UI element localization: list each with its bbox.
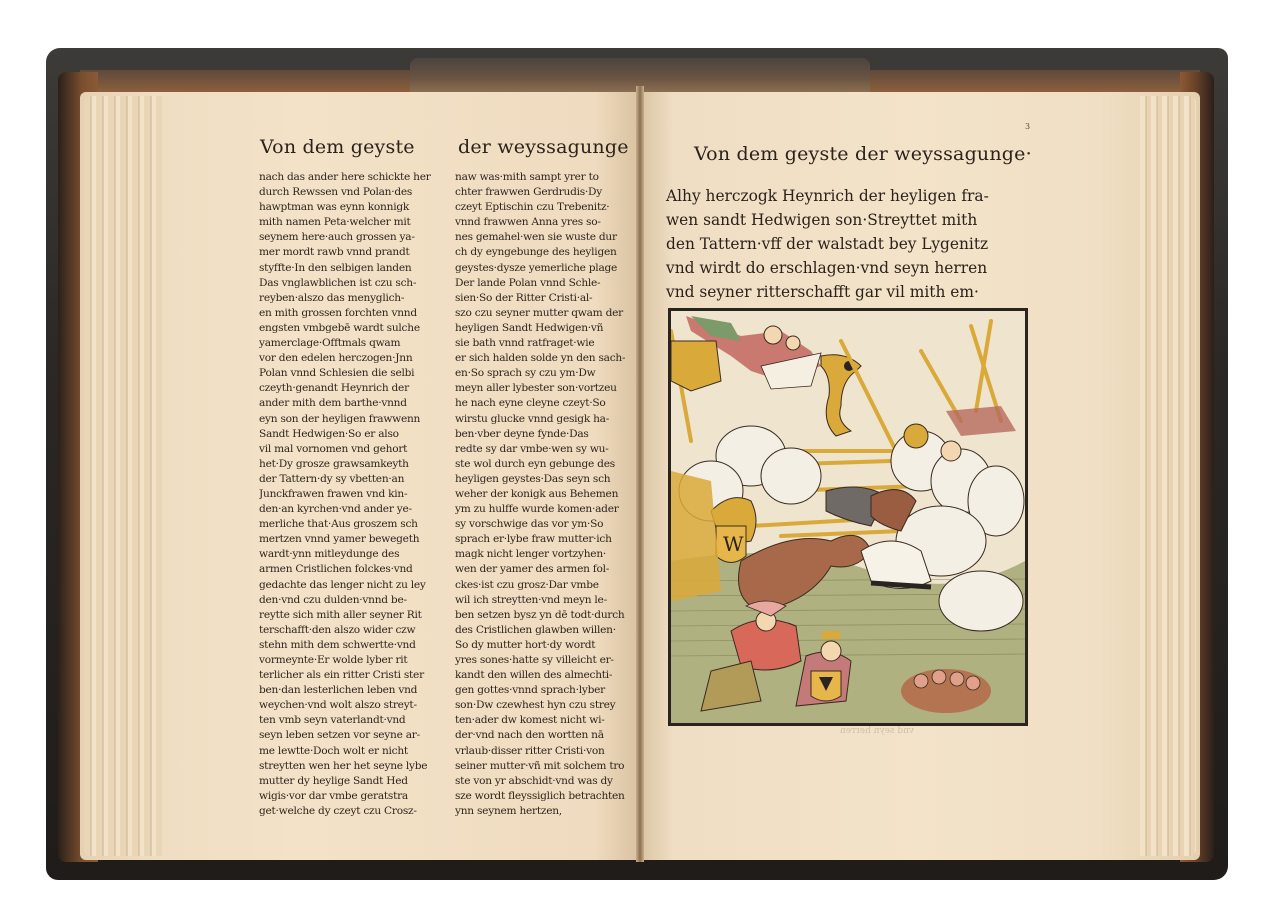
text-line: den·an kyrchen·vnd ander ye- [259, 502, 431, 517]
text-line: armen Cristlichen folckes·vnd [259, 562, 431, 577]
text-line: stehn mith dem schwertte·vnd [259, 638, 431, 653]
text-line: weher der konigk aus Behemen [455, 487, 625, 502]
text-line: Sandt Hedwigen·So er also [259, 427, 431, 442]
right-page-edges [1140, 96, 1196, 856]
text-line: vnnd frawwen Anna yres so- [455, 215, 625, 230]
text-line: ckes·ist czu grosz·Dar vmbe [455, 578, 625, 593]
text-line: het·Dy grosze grawsamkeyth [259, 457, 431, 472]
text-line: czeyt Eptischin czu Trebenitz· [455, 200, 625, 215]
text-line: get·welche dy czeyt czu Crosz- [259, 804, 431, 819]
text-line: ben·dan lesterlichen leben vnd [259, 683, 431, 698]
text-column-2: naw was·mith sampt yrer to chter frawwen… [455, 170, 625, 819]
text-line: vrlaub·disser ritter Cristi·von [455, 744, 625, 759]
text-line: der Tattern·dy sy vbetten·an [259, 472, 431, 487]
text-line: gedachte das lenger nicht zu ley [259, 578, 431, 593]
running-head-left-cont: der weyssagunge [458, 136, 629, 158]
text-line: weychen·vnd wolt alszo streyt- [259, 698, 431, 713]
text-line: nach das ander here schickte her [259, 170, 431, 185]
text-line: reytte sich mith aller seyner Rit [259, 608, 431, 623]
caption-line: vnd seyner ritterschafft gar vil mith em… [666, 280, 1046, 304]
text-line: wigis·vor dar vmbe geratstra [259, 789, 431, 804]
text-line: sien·So der Ritter Cristi·al- [455, 291, 625, 306]
text-line: seiner mutter·vñ mit solchem tro [455, 759, 625, 774]
text-line: wirstu glucke vnnd gesigk ha- [455, 412, 625, 427]
folio-mark: 3 [1025, 122, 1030, 131]
text-line: czeyth·genandt Heynrich der [259, 381, 431, 396]
text-line: der·vnd nach den wortten nā [455, 728, 625, 743]
text-line: styffte·In den selbigen landen [259, 261, 431, 276]
text-line: magk nicht lenger vortzyhen· [455, 547, 625, 562]
text-line: mer mordt rawb vnnd prandt [259, 245, 431, 260]
text-line: sprach er·lybe fraw mutter·ich [455, 532, 625, 547]
text-line: ynn seynem hertzen, [455, 804, 625, 819]
text-line: szo czu seyner mutter qwam der [455, 306, 625, 321]
text-line: reyben·alszo das menyglich- [259, 291, 431, 306]
caption-line: den Tattern·vff der walstadt bey Lygenit… [666, 232, 1046, 256]
text-line: en mith grossen forchten vnnd [259, 306, 431, 321]
text-line: ben·vber deyne fynde·Das [455, 427, 625, 442]
text-line: ander mith dem barthe·vnnd [259, 396, 431, 411]
text-column-1: nach das ander here schickte her durch R… [259, 170, 431, 819]
text-line: wen der yamer des armen fol- [455, 562, 625, 577]
text-line: wil ich streytten·vnd meyn le- [455, 593, 625, 608]
svg-text:W: W [723, 532, 744, 556]
text-line: mith namen Peta·welcher mit [259, 215, 431, 230]
text-line: sze wordt fleyssiglich betrachten [455, 789, 625, 804]
text-line: merliche that·Aus groszem sch [259, 517, 431, 532]
text-line: streytten wen her het seyne lybe [259, 759, 431, 774]
running-head-right: Von dem geyste der weyssagunge· [694, 143, 1032, 165]
text-line: Polan vnnd Schlesien die selbi [259, 366, 431, 381]
text-line: seyn leben setzen vor seyne ar- [259, 728, 431, 743]
text-line: wardt·ynn mitleydunge des [259, 547, 431, 562]
text-line: yamerclage·Offtmals qwam [259, 336, 431, 351]
woodcut-caption: Alhy herczogk Heynrich der heyligen fra-… [666, 184, 1046, 304]
text-line: geystes·dysze yemerliche plage [455, 261, 625, 276]
text-line: terlicher als ein ritter Cristi ster [259, 668, 431, 683]
text-line: terschafft·den alszo wider czw [259, 623, 431, 638]
text-line: Der lande Polan vnnd Schle- [455, 276, 625, 291]
text-line: yres sones·hatte sy villeicht er- [455, 653, 625, 668]
text-line: eyn son der heyligen frawwenn [259, 412, 431, 427]
caption-line: wen sandt Hedwigen son·Streyttet mith [666, 208, 1046, 232]
battle-scene-image: W [671, 311, 1025, 723]
bleed-through-text: vnd seyn herren [840, 726, 914, 736]
text-line: naw was·mith sampt yrer to [455, 170, 625, 185]
text-line: engsten vmbgebē wardt sulche [259, 321, 431, 336]
book-gutter [636, 86, 644, 862]
caption-line: Alhy herczogk Heynrich der heyligen fra- [666, 184, 1046, 208]
text-line: vormeynte·Er wolde lyber rit [259, 653, 431, 668]
text-line: heyligen Sandt Hedwigen·vñ [455, 321, 625, 336]
text-line: en·So sprach sy czu ym·Dw [455, 366, 625, 381]
text-line: heyligen geystes·Das seyn sch [455, 472, 625, 487]
text-line: ch dy eyngebunge des heyligen [455, 245, 625, 260]
text-line: ste wol durch eyn gebunge des [455, 457, 625, 472]
text-line: Das vnglawblichen ist czu sch- [259, 276, 431, 291]
text-line: he nach eyne cleyne czeyt·So [455, 396, 625, 411]
text-line: den·vnd czu dulden·vnnd be- [259, 593, 431, 608]
text-line: ste von yr abschidt·vnd was dy [455, 774, 625, 789]
text-line: vil mal vornomen vnd gehort [259, 442, 431, 457]
text-line: me lewtte·Doch wolt er nicht [259, 744, 431, 759]
text-line: durch Rewssen vnd Polan·des [259, 185, 431, 200]
text-line: son·Dw czewhest hyn czu strey [455, 698, 625, 713]
text-line: sy vorschwige das vor ym·So [455, 517, 625, 532]
text-line: ym zu hulffe wurde komen·ader [455, 502, 625, 517]
text-line: vor den edelen herczogen·Jnn [259, 351, 431, 366]
caption-line: vnd wirdt do erschlagen·vnd seyn herren [666, 256, 1046, 280]
text-line: ben setzen bysz yn dē todt·durch [455, 608, 625, 623]
text-line: chter frawwen Gerdrudis·Dy [455, 185, 625, 200]
running-head-left: Von dem geyste [260, 136, 415, 158]
text-line: gen gottes·vnnd sprach·lyber [455, 683, 625, 698]
left-page-edges [84, 96, 162, 856]
text-line: mertzen vnnd yamer bewegeth [259, 532, 431, 547]
text-line: ten·ader dw komest nicht wi- [455, 713, 625, 728]
text-line: er sich halden solde yn den sach- [455, 351, 625, 366]
text-line: meyn aller lybester son·vortzeu [455, 381, 625, 396]
text-line: des Cristlichen glawben willen· [455, 623, 625, 638]
text-line: nes gemahel·wen sie wuste dur [455, 230, 625, 245]
text-line: kandt den willen des almechti- [455, 668, 625, 683]
text-line: So dy mutter hort·dy wordt [455, 638, 625, 653]
text-line: Junckfrawen frawen vnd kin- [259, 487, 431, 502]
woodcut-illustration: W [668, 308, 1028, 726]
text-line: hawptman was eynn konnigk [259, 200, 431, 215]
text-line: ten vmb seyn vaterlandt·vnd [259, 713, 431, 728]
text-line: redte sy dar vmbe·wen sy wu- [455, 442, 625, 457]
text-line: seynem here·auch grossen ya- [259, 230, 431, 245]
text-line: sie bath vnnd ratfraget·wie [455, 336, 625, 351]
text-line: mutter dy heylige Sandt Hed [259, 774, 431, 789]
